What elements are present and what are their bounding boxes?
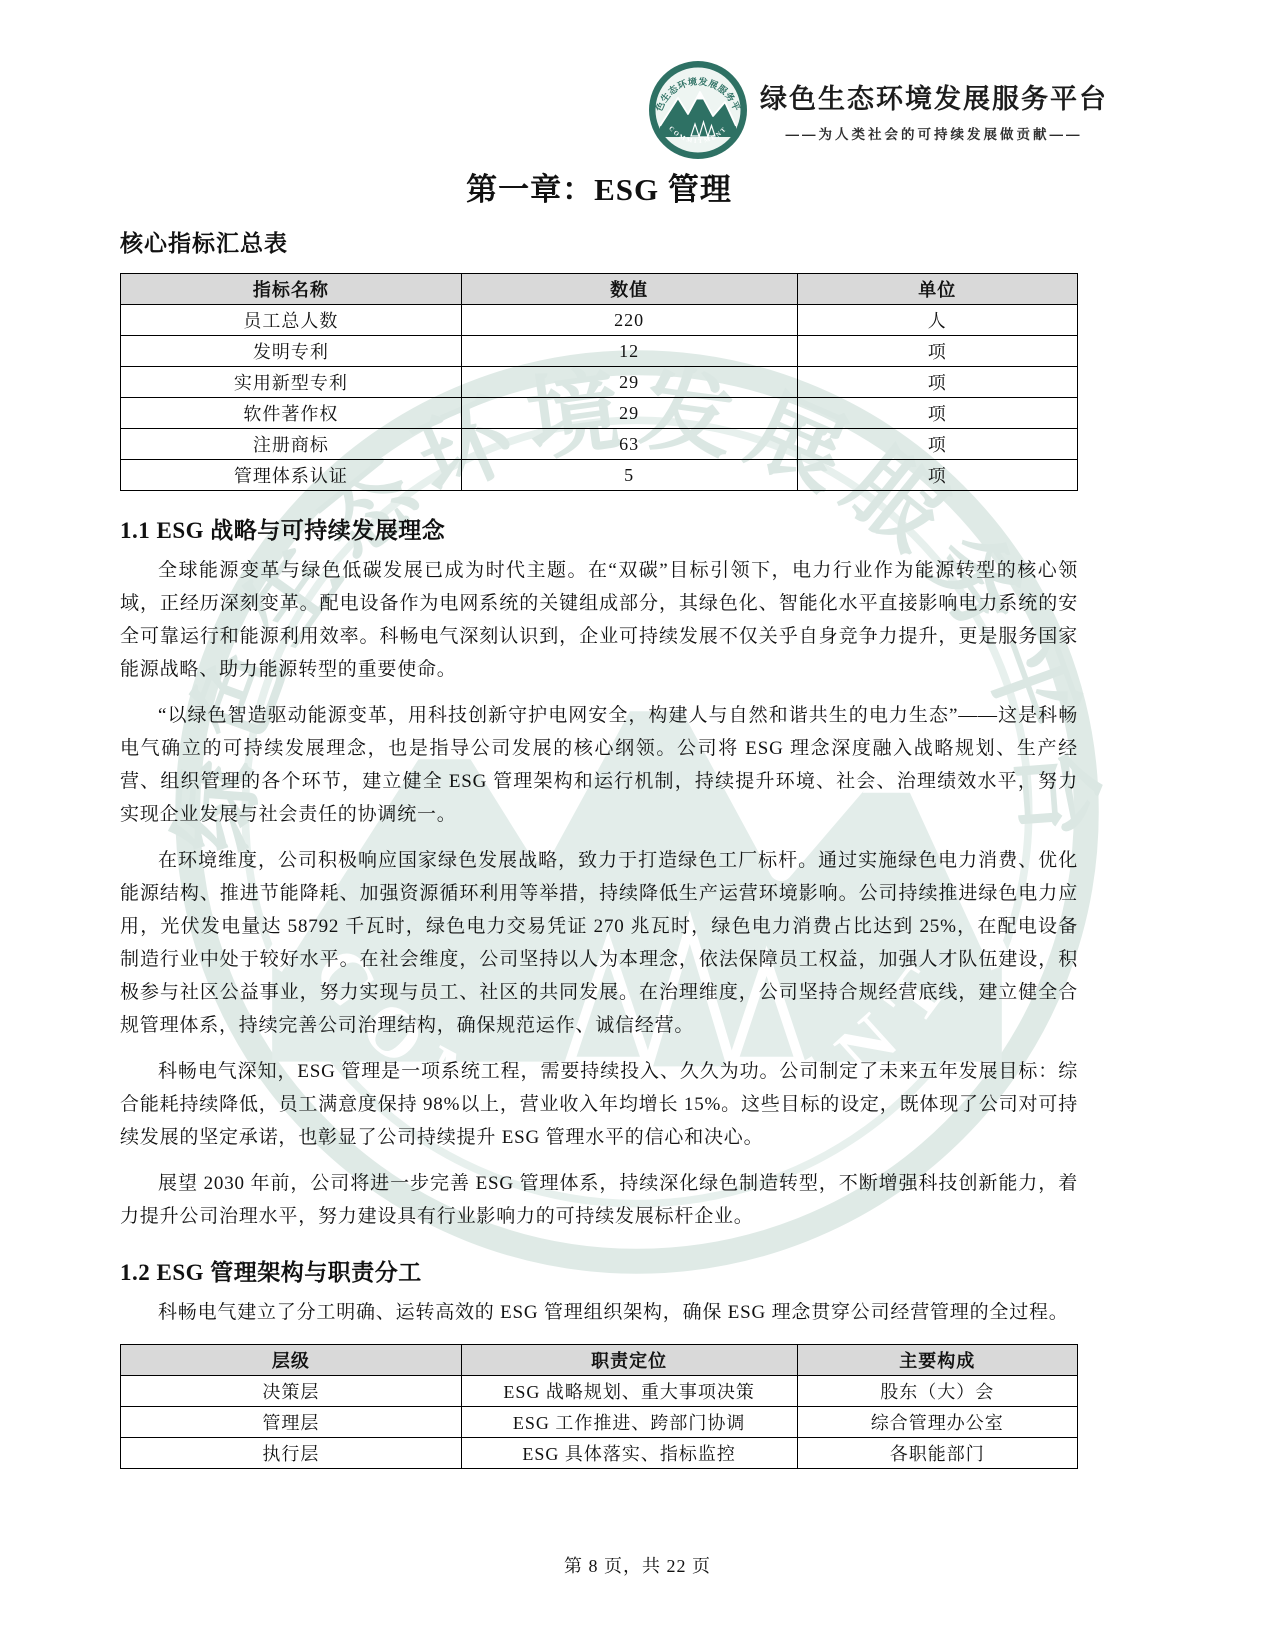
cell-unit: 人 (797, 305, 1077, 336)
paragraph: 展望 2030 年前，公司将进一步完善 ESG 管理体系，持续深化绿色制造转型，… (120, 1167, 1078, 1233)
table-row: 实用新型专利 29 项 (121, 367, 1078, 398)
section-1-1-heading: 1.1 ESG 战略与可持续发展理念 (120, 512, 1078, 545)
cell-value: 29 (461, 367, 797, 398)
cell-level: 管理层 (121, 1407, 462, 1438)
cell-unit: 项 (797, 460, 1077, 491)
cell-duty: ESG 工作推进、跨部门协调 (461, 1407, 797, 1438)
cell-unit: 项 (797, 398, 1077, 429)
cell-metric: 注册商标 (121, 429, 462, 460)
paragraph: 科畅电气建立了分工明确、运转高效的 ESG 管理组织架构，确保 ESG 理念贯穿… (120, 1296, 1078, 1329)
cell-members: 综合管理办公室 (797, 1407, 1077, 1438)
governance-table: 层级 职责定位 主要构成 决策层 ESG 战略规划、重大事项决策 股东（大）会 … (120, 1344, 1078, 1469)
paragraph: “以绿色智造驱动能源变革，用科技创新守护电网安全，构建人与自然和谐共生的电力生态… (120, 699, 1078, 831)
brand-text-block: 绿色生态环境发展服务平台 ——为人类社会的可持续发展做贡献—— (760, 77, 1108, 143)
page-content: 绿色生态环境发展服务平台 COMMITMENT 绿色生态环境发展服务平台 ——为… (0, 0, 1275, 1469)
cell-duty: ESG 具体落实、指标监控 (461, 1438, 797, 1469)
cell-metric: 实用新型专利 (121, 367, 462, 398)
summary-table-caption: 核心指标汇总表 (120, 225, 1078, 258)
cell-members: 股东（大）会 (797, 1376, 1077, 1407)
cell-level: 执行层 (121, 1438, 462, 1469)
cell-duty: ESG 战略规划、重大事项决策 (461, 1376, 797, 1407)
table-row: 软件著作权 29 项 (121, 398, 1078, 429)
platform-name: 绿色生态环境发展服务平台 (760, 77, 1108, 116)
summary-col-header: 数值 (461, 274, 797, 305)
table-row: 员工总人数 220 人 (121, 305, 1078, 336)
brand-header: 绿色生态环境发展服务平台 COMMITMENT 绿色生态环境发展服务平台 ——为… (120, 0, 1108, 160)
paragraph: 在环境维度，公司积极响应国家绿色发展战略，致力于打造绿色工厂标杆。通过实施绿色电… (120, 844, 1078, 1042)
cell-metric: 管理体系认证 (121, 460, 462, 491)
table-row: 执行层 ESG 具体落实、指标监控 各职能部门 (121, 1438, 1078, 1469)
document-page: 绿色生态环境发展服务平台 COMMITMENT (0, 0, 1275, 1650)
cell-metric: 软件著作权 (121, 398, 462, 429)
paragraph: 科畅电气深知，ESG 管理是一项系统工程，需要持续投入、久久为功。公司制定了未来… (120, 1055, 1078, 1154)
cell-value: 12 (461, 336, 797, 367)
cell-members: 各职能部门 (797, 1438, 1077, 1469)
cell-metric: 员工总人数 (121, 305, 462, 336)
table-row: 管理层 ESG 工作推进、跨部门协调 综合管理办公室 (121, 1407, 1078, 1438)
cell-metric: 发明专利 (121, 336, 462, 367)
paragraph: 全球能源变革与绿色低碳发展已成为时代主题。在“双碳”目标引领下，电力行业作为能源… (120, 554, 1078, 686)
table-row: 管理体系认证 5 项 (121, 460, 1078, 491)
cell-value: 5 (461, 460, 797, 491)
governance-col-header: 层级 (121, 1345, 462, 1376)
eco-seal-logo-icon: 绿色生态环境发展服务平台 COMMITMENT (648, 60, 748, 160)
summary-col-header: 指标名称 (121, 274, 462, 305)
governance-table-header-row: 层级 职责定位 主要构成 (121, 1345, 1078, 1376)
page-number: 第 8 页，共 22 页 (0, 1552, 1275, 1578)
summary-col-header: 单位 (797, 274, 1077, 305)
governance-col-header: 主要构成 (797, 1345, 1077, 1376)
governance-col-header: 职责定位 (461, 1345, 797, 1376)
cell-unit: 项 (797, 336, 1077, 367)
section-1-2-heading: 1.2 ESG 管理架构与职责分工 (120, 1254, 1078, 1287)
cell-unit: 项 (797, 367, 1077, 398)
summary-table-header-row: 指标名称 数值 单位 (121, 274, 1078, 305)
cell-unit: 项 (797, 429, 1077, 460)
table-row: 决策层 ESG 战略规划、重大事项决策 股东（大）会 (121, 1376, 1078, 1407)
table-row: 发明专利 12 项 (121, 336, 1078, 367)
platform-tagline: ——为人类社会的可持续发展做贡献—— (760, 123, 1108, 143)
cell-value: 63 (461, 429, 797, 460)
chapter-title: 第一章：ESG 管理 (120, 164, 1078, 209)
summary-table: 指标名称 数值 单位 员工总人数 220 人 发明专利 12 项 实用新型专利 (120, 273, 1078, 491)
cell-value: 220 (461, 305, 797, 336)
table-row: 注册商标 63 项 (121, 429, 1078, 460)
cell-level: 决策层 (121, 1376, 462, 1407)
cell-value: 29 (461, 398, 797, 429)
